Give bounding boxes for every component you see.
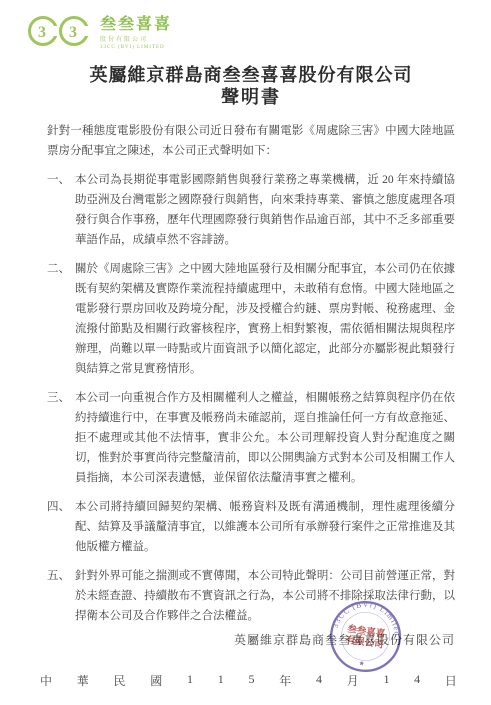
- document-body: 英屬維京群島商叁叁喜喜股份有限公司 聲明書 針對一種態度電影股份有限公司近日發布…: [0, 64, 491, 626]
- date-char: 1: [187, 672, 193, 689]
- logo-subtitle-zh: 股份有限公司: [100, 36, 172, 44]
- date-char: 1: [218, 672, 224, 689]
- item-number: 二、: [47, 259, 75, 379]
- company-signature: 英屬維京群島商叁叁喜喜股份有限公司: [47, 631, 455, 648]
- logo-wordmark: 叁叁喜喜 股份有限公司 33CC (BVI) LIMITED: [100, 14, 172, 51]
- svg-text:3: 3: [69, 24, 77, 41]
- statement-item-1: 一、 本公司為長期從事電影國際銷售與發行業務之專業機構，近 20 年來持續協助亞…: [47, 170, 455, 250]
- date-char: 4: [414, 672, 420, 689]
- item-number: 一、: [47, 170, 75, 250]
- item-number: 三、: [47, 388, 75, 488]
- date-char: 5: [248, 672, 254, 689]
- item-text: 本公司將持續回歸契約架構、帳務資料及既有溝通機制，理性處理後續分配、結算及爭議釐…: [75, 497, 455, 557]
- date-char: 中: [40, 672, 52, 689]
- date-char: 民: [114, 672, 126, 689]
- date-char: 4: [316, 672, 322, 689]
- statement-item-4: 四、 本公司將持續回歸契約架構、帳務資料及既有溝通機制，理性處理後續分配、結算及…: [47, 497, 455, 557]
- logo-circles-icon: 3 3: [27, 14, 93, 48]
- logo-company-name: 叁叁喜喜: [100, 16, 172, 34]
- page-title-company: 英屬維京群島商叁叁喜喜股份有限公司: [47, 64, 455, 86]
- statement-item-5: 五、 針對外界可能之揣測或不實傳聞，本公司特此聲明：公司目前營運正常，對於未經查…: [47, 566, 455, 626]
- item-text: 本公司為長期從事電影國際銷售與發行業務之專業機構，近 20 年來持續協助亞洲及台…: [75, 170, 455, 250]
- date-char: 1: [383, 672, 389, 689]
- item-number: 四、: [47, 497, 75, 557]
- intro-paragraph: 針對一種態度電影股份有限公司近日發布有關電影《周處除三害》中國大陸地區票房分配事…: [47, 121, 455, 161]
- date-char: 華: [77, 672, 89, 689]
- date-char: 月: [347, 672, 359, 689]
- item-text: 針對外界可能之揣測或不實傳聞，本公司特此聲明：公司目前營運正常，對於未經查證、持…: [75, 566, 455, 626]
- item-text: 關於《周處除三害》之中國大陸地區發行及相關分配事宜，本公司仍在依據既有契約架構及…: [75, 259, 455, 379]
- svg-text:3: 3: [38, 24, 46, 41]
- company-logo: 3 3 叁叁喜喜 股份有限公司 33CC (BVI) LIMITED: [27, 14, 172, 51]
- date-char: 年: [279, 672, 291, 689]
- seal-star-icon: ★: [358, 659, 365, 668]
- logo-subtitle-en: 33CC (BVI) LIMITED: [100, 44, 172, 51]
- logo-33cc-mark: 3 3: [27, 14, 93, 48]
- roc-date-line: 中 華 民 國 1 1 5 年 4 月 1 4 日: [40, 672, 457, 689]
- statement-item-3: 三、 本公司一向重視合作方及相關權利人之權益，相關帳務之結算與程序仍在依約持續進…: [47, 388, 455, 488]
- page-title-statement: 聲明書: [47, 86, 455, 108]
- date-char: 日: [445, 672, 457, 689]
- date-char: 國: [150, 672, 162, 689]
- statement-document: 3 3 叁叁喜喜 股份有限公司 33CC (BVI) LIMITED 英屬維京群…: [0, 0, 491, 705]
- item-number: 五、: [47, 566, 75, 626]
- item-text: 本公司一向重視合作方及相關權利人之權益，相關帳務之結算與程序仍在依約持續進行中，…: [75, 388, 455, 488]
- statement-item-2: 二、 關於《周處除三害》之中國大陸地區發行及相關分配事宜，本公司仍在依據既有契約…: [47, 259, 455, 379]
